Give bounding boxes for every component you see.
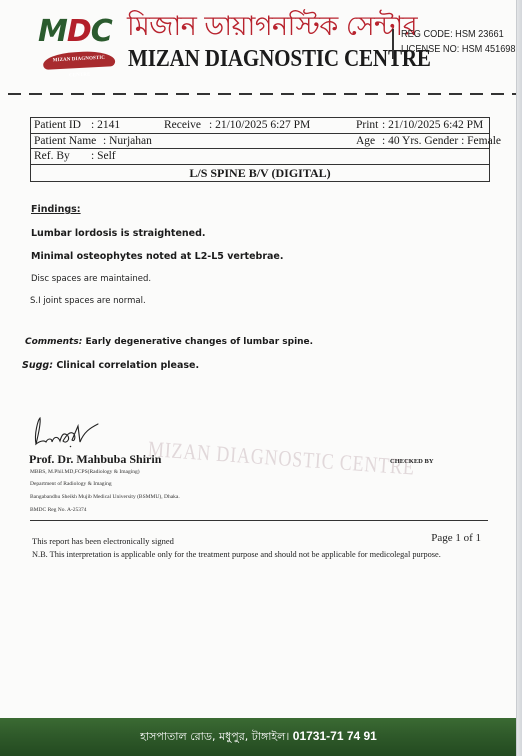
print-value: : 21/10/2025 6:42 PM — [382, 118, 483, 132]
info-row-study: L/S SPINE B/V (DIGITAL) — [31, 165, 489, 181]
logo-letters: MDC — [38, 16, 112, 48]
print-label: Print — [356, 118, 378, 132]
suggestion-label: Sugg: — [22, 360, 53, 371]
watermark: MIZAN DIAGNOSTIC CENTRE — [147, 436, 416, 481]
patient-name-label: Patient Name — [34, 134, 96, 148]
logo-ribbon: MIZAN DIAGNOSTIC CENTRE — [43, 50, 116, 70]
centre-title-english: MIZAN DIAGNOSTIC CENTRE — [128, 44, 431, 74]
patient-name-value: : Nurjahan — [103, 134, 152, 148]
doctor-degrees: MBBS, M.Phil.MD,FCPS(Radiology & Imaging… — [30, 469, 140, 475]
info-row-id: Patient ID : 2141 Receive : 21/10/2025 6… — [31, 118, 489, 134]
checked-by-label: CHECKED BY — [390, 458, 434, 465]
comments: Comments: Early degenerative changes of … — [25, 337, 313, 347]
registration-info: REG CODE: HSM 23661 LICENSE NO: HSM 4516… — [401, 27, 521, 57]
age-gender-value: : 40 Yrs. Gender : Female — [382, 134, 501, 148]
suggestion: Sugg: Clinical correlation please. — [22, 360, 199, 371]
logo-letter-c: C — [91, 14, 112, 49]
comments-text: Early degenerative changes of lumbar spi… — [85, 337, 313, 347]
signature-icon — [30, 414, 100, 450]
doctor-department: Department of Radiology & Imaging — [30, 481, 112, 487]
finding-item: Minimal osteophytes noted at L2-L5 verte… — [31, 251, 283, 262]
logo-letter-m: M — [38, 14, 67, 49]
footer-address: হাসপাতাল রোড, মধুপুর, টাঙ্গাইল। — [140, 730, 289, 743]
patient-id-value: : 2141 — [91, 118, 120, 132]
doctor-name: Prof. Dr. Mahbuba Shirin — [29, 452, 161, 467]
comments-label: Comments: — [25, 337, 82, 347]
page-number: Page 1 of 1 — [431, 532, 481, 544]
patient-info-table: Patient ID : 2141 Receive : 21/10/2025 6… — [30, 117, 490, 182]
patient-id-label: Patient ID — [34, 118, 81, 132]
age-label: Age — [356, 134, 375, 148]
info-row-name: Patient Name : Nurjahan Age : 40 Yrs. Ge… — [31, 134, 489, 150]
finding-item: Lumbar lordosis is straightened. — [31, 228, 206, 239]
mdc-logo: MDC MIZAN DIAGNOSTIC CENTRE — [38, 16, 124, 74]
findings-heading: Findings: — [31, 204, 81, 215]
suggestion-text: Clinical correlation please. — [56, 360, 199, 371]
footer-rule — [30, 520, 488, 521]
doctor-institution: Bangabandhu Sheikh Mujib Medical Univers… — [30, 494, 180, 500]
reg-code: REG CODE: HSM 23661 — [401, 27, 521, 42]
receive-value: : 21/10/2025 6:27 PM — [209, 118, 310, 132]
doctor-bmdc: BMDC Reg No. A-25374 — [30, 507, 87, 513]
header-divider — [392, 29, 394, 59]
finding-item: S.I joint spaces are normal. — [30, 296, 146, 306]
centre-title-bengali: মিজান ডায়াগনস্টিক সেন্টার — [127, 10, 417, 44]
ref-by-value: : Self — [91, 149, 116, 163]
disclaimer: N.B. This interpretation is applicable o… — [32, 549, 441, 559]
e-signed-note: This report has been electronically sign… — [32, 536, 174, 546]
footer-contact: হাসপাতাল রোড, মধুপুর, টাঙ্গাইল। 01731-71… — [0, 728, 517, 747]
study-title: L/S SPINE B/V (DIGITAL) — [31, 165, 489, 181]
page-edge — [516, 0, 522, 756]
finding-item: Disc spaces are maintained. — [31, 274, 151, 284]
footer-phone: 01731-71 74 91 — [293, 729, 377, 743]
info-row-ref: Ref. By : Self — [31, 149, 489, 165]
report-page: MDC MIZAN DIAGNOSTIC CENTRE মিজান ডায়াগ… — [0, 0, 517, 756]
ref-by-label: Ref. By — [34, 149, 70, 163]
dashed-separator — [8, 93, 517, 95]
license-no: LICENSE NO: HSM 4516987 — [401, 42, 521, 57]
logo-letter-d: D — [67, 14, 91, 49]
footer-bar: হাসপাতাল রোড, মধুপুর, টাঙ্গাইল। 01731-71… — [0, 718, 517, 756]
receive-label: Receive — [164, 118, 201, 132]
